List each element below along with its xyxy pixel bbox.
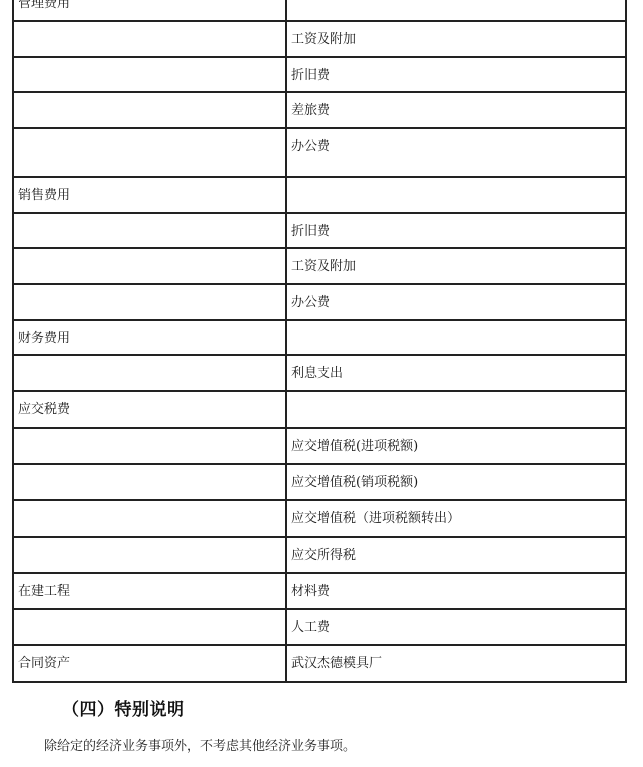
section-heading: （四）特别说明 [62,695,185,720]
account-name [18,129,285,139]
sub-account-cell: 差旅费 [286,92,626,128]
account-cell [13,248,286,284]
sub-account-cell: 应交增值税（进项税额转出） [286,500,626,537]
account-cell: 应交税费 [13,391,286,428]
sub-account-name: 应交增值税（进项税额转出） [291,501,625,527]
sub-account-cell: 利息支出 [286,355,626,391]
sub-account-cell [286,391,626,428]
sub-account-name: 差旅费 [291,93,625,119]
account-name [18,538,285,548]
table-row: 应交增值税(销项税额) [13,464,626,500]
table-row: 应交所得税 [13,537,626,573]
account-name [18,356,285,366]
sub-account-cell: 工资及附加 [286,248,626,284]
account-cell: 合同资产 [13,645,286,682]
account-cell [13,128,286,177]
account-cell [13,284,286,320]
sub-account-cell: 折旧费 [286,213,626,248]
account-name [18,610,285,620]
account-name [18,93,285,103]
table-row: 工资及附加 [13,21,626,57]
sub-account-name: 武汉杰德模具厂 [291,646,625,672]
account-name [18,58,285,68]
account-cell: 财务费用 [13,320,286,355]
sub-account-cell: 办公费 [286,128,626,177]
table-row: 人工费 [13,609,626,645]
account-cell: 在建工程 [13,573,286,609]
sub-account-name: 办公费 [291,129,625,155]
account-cell [13,21,286,57]
account-name: 销售费用 [18,178,285,204]
table-row: 合同资产武汉杰德模具厂 [13,645,626,682]
sub-account-name [291,392,625,402]
section-paragraph: 除给定的经济业务事项外，不考虑其他经济业务事项。 [44,735,356,754]
table-row: 工资及附加 [13,248,626,284]
table-row: 在建工程材料费 [13,573,626,609]
account-name: 在建工程 [18,574,285,600]
account-name [18,501,285,511]
table-row: 办公费 [13,284,626,320]
account-name [18,465,285,475]
table-row: 应交税费 [13,391,626,428]
account-name: 管理费用 [18,0,285,12]
account-name [18,429,285,439]
table-row: 应交增值税(进项税额) [13,428,626,464]
sub-account-cell: 工资及附加 [286,21,626,57]
sub-account-name: 材料费 [291,574,625,600]
account-cell [13,57,286,92]
account-cell [13,609,286,645]
sub-account-cell: 人工费 [286,609,626,645]
sub-account-name: 办公费 [291,285,625,311]
sub-account-cell: 折旧费 [286,57,626,92]
sub-account-cell [286,177,626,213]
sub-account-name: 工资及附加 [291,22,625,48]
sub-account-name: 折旧费 [291,58,625,84]
account-name [18,22,285,32]
account-name [18,249,285,259]
account-cell [13,213,286,248]
sub-account-name: 应交增值税(进项税额) [291,429,625,455]
account-name: 应交税费 [18,392,285,418]
account-cell [13,92,286,128]
account-name [18,285,285,295]
table-row: 销售费用 [13,177,626,213]
account-name: 财务费用 [18,321,285,347]
sub-account-cell [286,320,626,355]
table-row: 管理费用 [13,0,626,21]
sub-account-name: 利息支出 [291,356,625,382]
sub-account-cell [286,0,626,21]
sub-account-cell: 材料费 [286,573,626,609]
sub-account-name [291,178,625,188]
sub-account-cell: 应交所得税 [286,537,626,573]
sub-account-cell: 办公费 [286,284,626,320]
table-row: 折旧费 [13,213,626,248]
sub-account-name [291,321,625,331]
account-cell: 销售费用 [13,177,286,213]
account-cell [13,355,286,391]
table-row: 应交增值税（进项税额转出） [13,500,626,537]
account-cell [13,537,286,573]
account-cell: 管理费用 [13,0,286,21]
table-row: 财务费用 [13,320,626,355]
account-cell [13,428,286,464]
table-row: 利息支出 [13,355,626,391]
sub-account-cell: 应交增值税(销项税额) [286,464,626,500]
account-cell [13,464,286,500]
sub-account-name: 应交增值税(销项税额) [291,465,625,491]
sub-account-name: 应交所得税 [291,538,625,564]
sub-account-cell: 应交增值税(进项税额) [286,428,626,464]
account-cell [13,500,286,537]
sub-account-name: 人工费 [291,610,625,636]
sub-account-name: 折旧费 [291,214,625,240]
sub-account-name: 工资及附加 [291,249,625,275]
account-name [18,214,285,224]
account-table: 管理费用工资及附加折旧费差旅费办公费销售费用折旧费工资及附加办公费财务费用利息支… [12,0,627,683]
table-row: 差旅费 [13,92,626,128]
table-row: 折旧费 [13,57,626,92]
account-name: 合同资产 [18,646,285,672]
sub-account-cell: 武汉杰德模具厂 [286,645,626,682]
table-row: 办公费 [13,128,626,177]
